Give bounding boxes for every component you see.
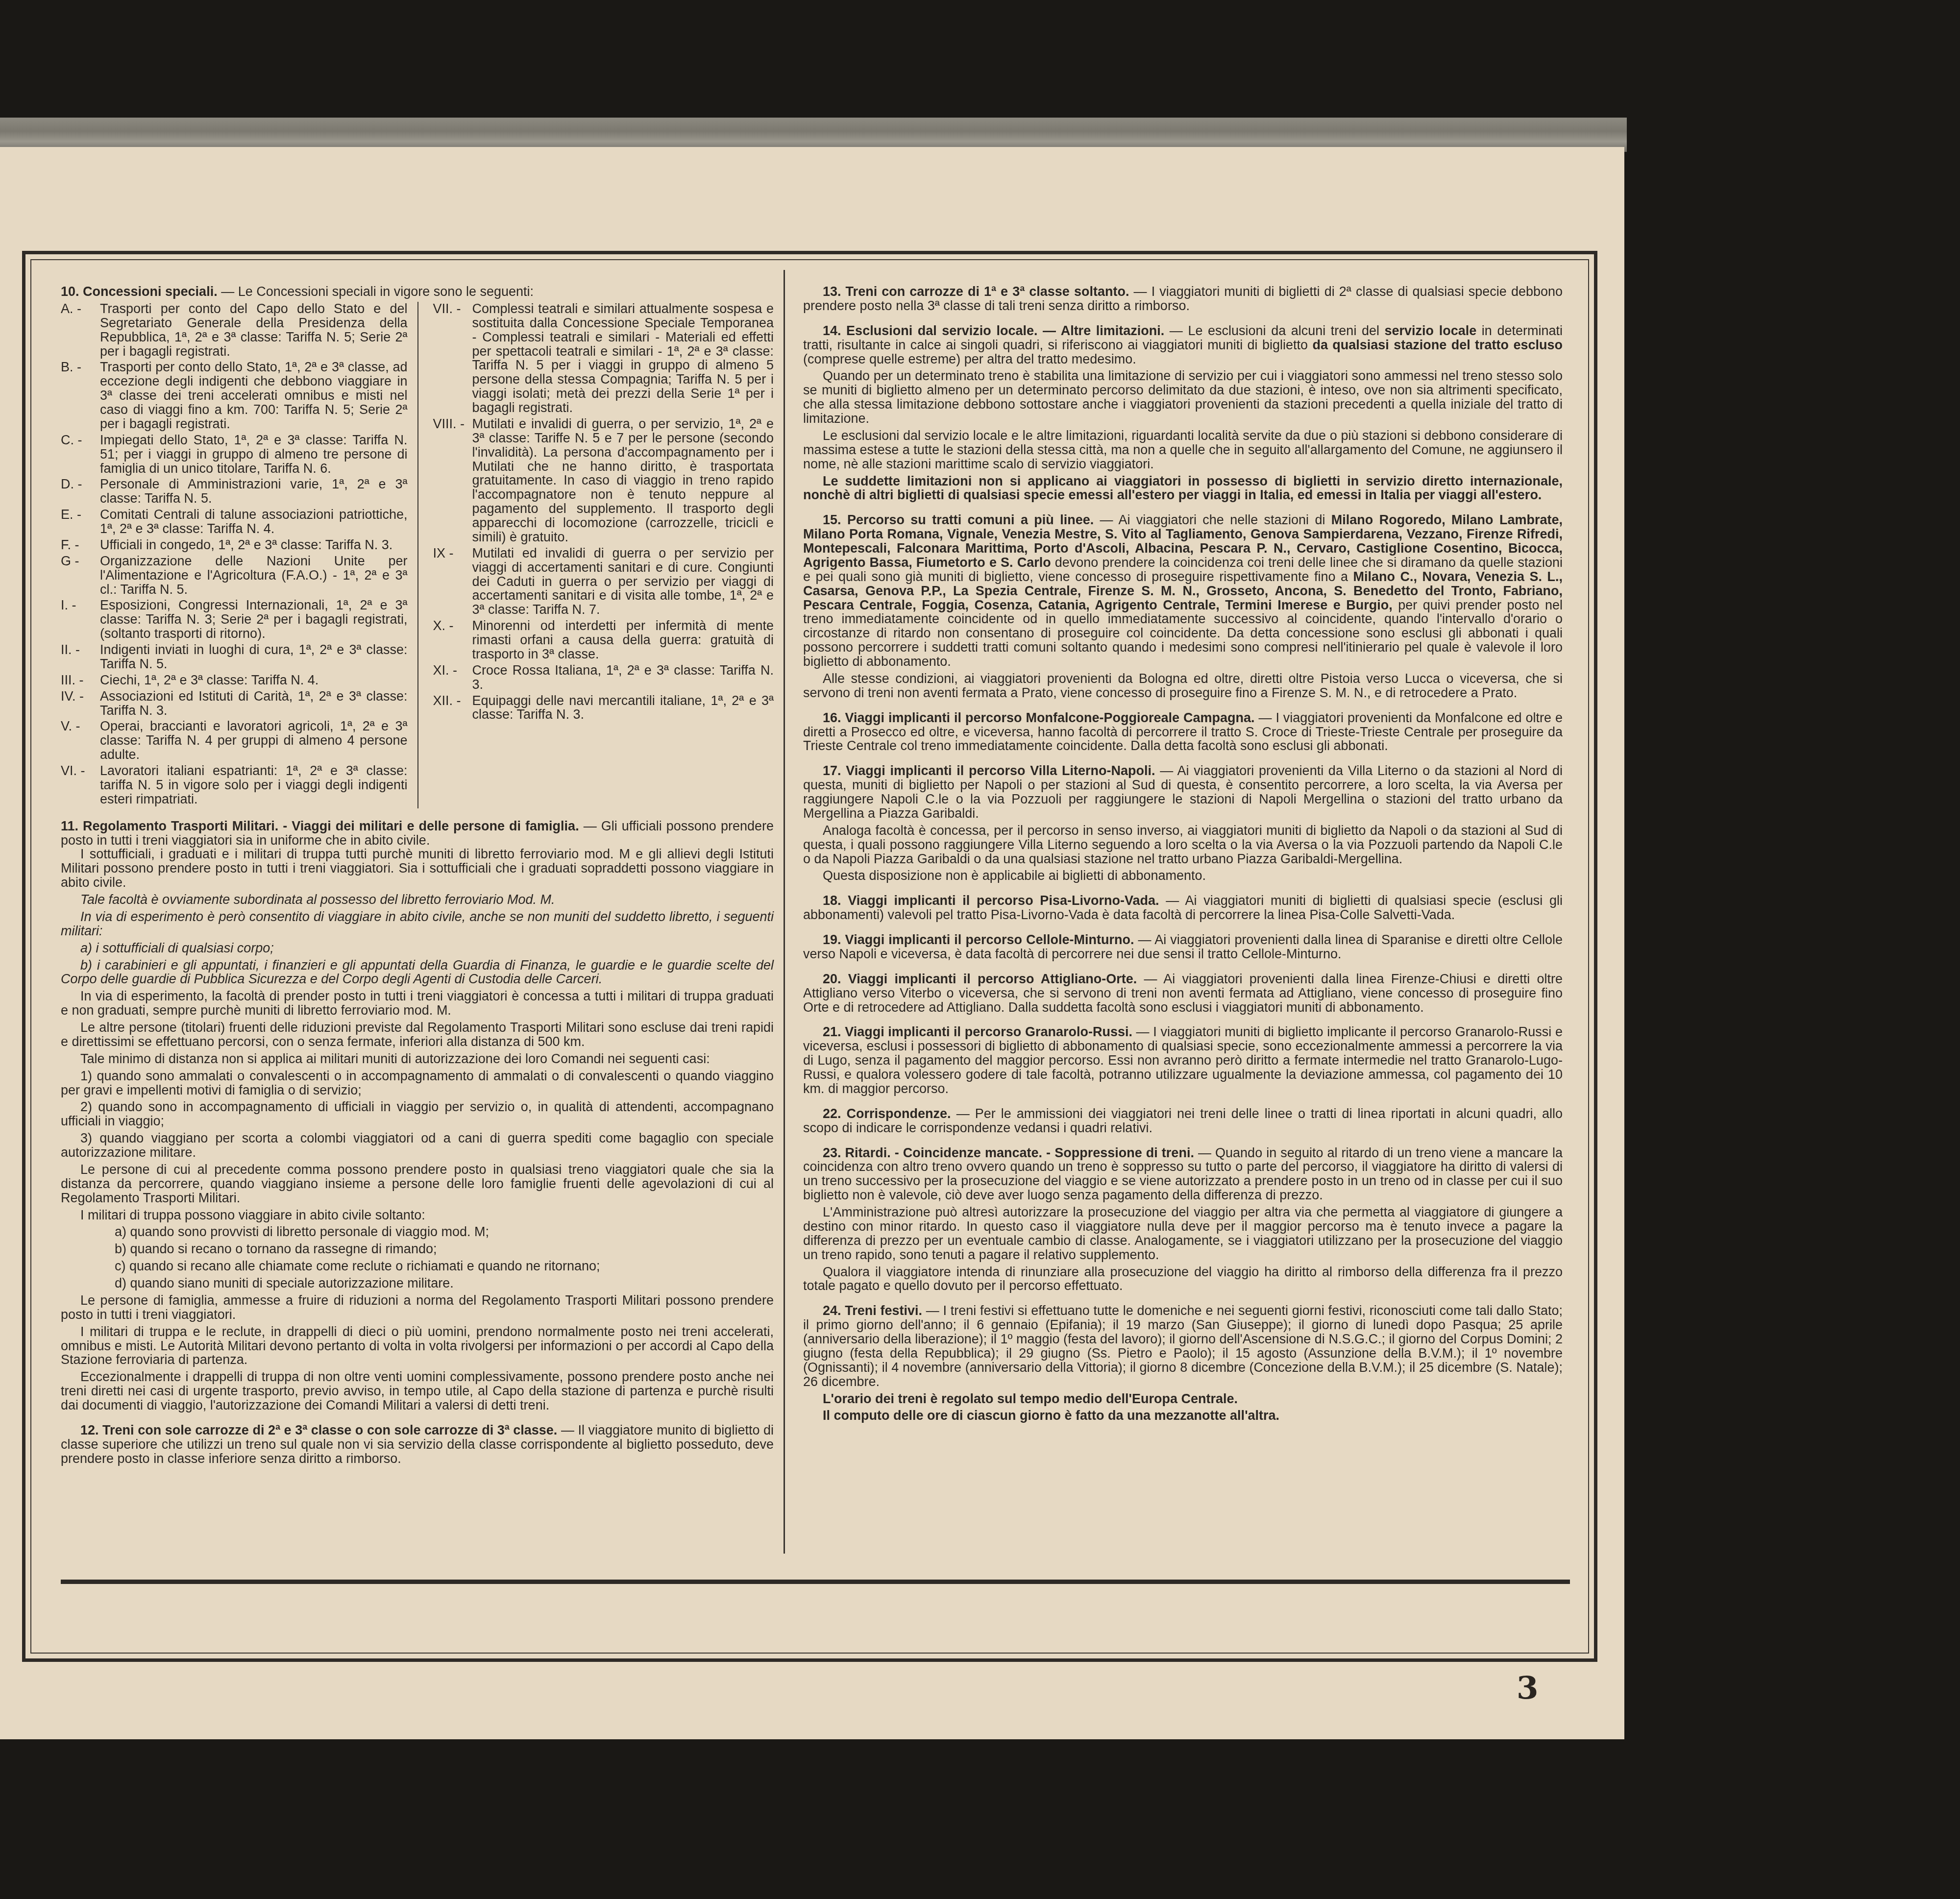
item-key: I. - bbox=[61, 598, 100, 641]
concession-item: VI. -Lavoratori italiani espatrianti: 1ª… bbox=[61, 764, 408, 806]
paragraph: b) i carabinieri e gli appuntati, i fina… bbox=[61, 958, 774, 987]
concession-item: XII. -Equipaggi delle navi mercantili it… bbox=[433, 694, 774, 722]
paragraph: In via di esperimento, la facoltà di pre… bbox=[61, 989, 774, 1018]
paragraph: 1) quando sono ammalati o convalescenti … bbox=[61, 1069, 774, 1097]
concession-item: D. -Personale di Amministrazioni varie, … bbox=[61, 477, 408, 506]
item-text: Operai, braccianti e lavoratori agricoli… bbox=[100, 719, 408, 762]
section-title: 19. Viaggi implicanti il percorso Cellol… bbox=[823, 932, 1134, 947]
concessions-right: VII. -Complessi teatrali e similari attu… bbox=[417, 302, 774, 808]
concession-item: X. -Minorenni od interdetti per infermit… bbox=[433, 619, 774, 661]
item-key: VII. - bbox=[433, 302, 472, 415]
text-bold: da qualsiasi stazione del tratto escluso bbox=[1312, 338, 1563, 352]
item-text: Trasporti per conto dello Stato, 1ª, 2ª … bbox=[100, 360, 408, 431]
item-key: V. - bbox=[61, 719, 100, 762]
concessions-table: A. -Trasporti per conto del Capo dello S… bbox=[61, 302, 774, 808]
item-text: Mutilati ed invalidi di guerra o per ser… bbox=[472, 546, 774, 617]
item-text: Ciechi, 1ª, 2ª e 3ª classe: Tariffa N. 4… bbox=[100, 673, 408, 687]
item-text: Comitati Centrali di talune associazioni… bbox=[100, 508, 408, 536]
item-text: Complessi teatrali e similari attualment… bbox=[472, 302, 774, 415]
item-key: XII. - bbox=[433, 694, 472, 722]
paragraph: Le persone di famiglia, ammesse a fruire… bbox=[61, 1293, 774, 1322]
concession-item: I. -Esposizioni, Congressi Internazional… bbox=[61, 598, 408, 641]
page-frame: 10. Concessioni speciali. — Le Concessio… bbox=[22, 251, 1597, 1662]
section-title: 17. Viaggi implicanti il percorso Villa … bbox=[823, 763, 1155, 778]
section-23: 23. Ritardi. - Coincidenze mancate. - So… bbox=[803, 1146, 1563, 1293]
concession-item: B. -Trasporti per conto dello Stato, 1ª,… bbox=[61, 360, 408, 431]
section-24: 24. Treni festivi. — I treni festivi si … bbox=[803, 1304, 1563, 1423]
section-21: 21. Viaggi implicanti il percorso Granar… bbox=[803, 1025, 1563, 1096]
section-title: 15. Percorso su tratti comuni a più line… bbox=[823, 512, 1094, 527]
section-13: 13. Treni con carrozze di 1ª e 3ª classe… bbox=[803, 285, 1563, 313]
paragraph: 3) quando viaggiano per scorta a colombi… bbox=[61, 1131, 774, 1160]
concession-item: G -Organizzazione delle Nazioni Unite pe… bbox=[61, 554, 408, 597]
list-item: d) quando siano muniti di speciale autor… bbox=[61, 1276, 774, 1290]
item-text: Impiegati dello Stato, 1ª, 2ª e 3ª class… bbox=[100, 433, 408, 476]
paragraph: I militari di truppa possono viaggiare i… bbox=[61, 1208, 774, 1222]
concession-item: III. -Ciechi, 1ª, 2ª e 3ª classe: Tariff… bbox=[61, 673, 408, 687]
paragraph: 2) quando sono in accompagnamento di uff… bbox=[61, 1100, 774, 1128]
list-item: a) quando sono provvisti di libretto per… bbox=[61, 1225, 774, 1239]
concession-item: II. -Indigenti inviati in luoghi di cura… bbox=[61, 643, 408, 671]
paragraph-bold: Le suddette limitazioni non si applicano… bbox=[803, 474, 1563, 503]
section-title: 24. Treni festivi. bbox=[823, 1303, 922, 1318]
item-key: F. - bbox=[61, 538, 100, 552]
paragraph: Analoga facoltà è concessa, per il perco… bbox=[803, 824, 1563, 866]
section-17: 17. Viaggi implicanti il percorso Villa … bbox=[803, 764, 1563, 883]
concession-item: IV. -Associazioni ed Istituti di Carità,… bbox=[61, 689, 408, 718]
section-title: 16. Viaggi implicanti il percorso Monfal… bbox=[823, 710, 1254, 725]
item-key: XI. - bbox=[433, 663, 472, 692]
section-intro: — Le Concessioni speciali in vigore sono… bbox=[218, 284, 534, 299]
paragraph: Le esclusioni dal servizio locale e le a… bbox=[803, 429, 1563, 471]
concession-item: VIII. -Mutilati e invalidi di guerra, o … bbox=[433, 417, 774, 544]
section-title: 21. Viaggi implicanti il percorso Granar… bbox=[823, 1024, 1132, 1039]
item-key: E. - bbox=[61, 508, 100, 536]
item-text: Associazioni ed Istituti di Carità, 1ª, … bbox=[100, 689, 408, 718]
paragraph: Alle stesse condizioni, ai viaggiatori p… bbox=[803, 672, 1563, 700]
paragraph: Questa disposizione non è applicabile ai… bbox=[803, 869, 1563, 883]
section-title: 14. Esclusioni dal servizio locale. — Al… bbox=[823, 323, 1164, 338]
left-column: 10. Concessioni speciali. — Le Concessio… bbox=[61, 285, 774, 1477]
paragraph: In via di esperimento è però consentito … bbox=[61, 910, 774, 938]
concession-item: IX -Mutilati ed invalidi di guerra o per… bbox=[433, 546, 774, 617]
item-text: Indigenti inviati in luoghi di cura, 1ª,… bbox=[100, 643, 408, 671]
paragraph: Qualora il viaggiatore intenda di rinunz… bbox=[803, 1265, 1563, 1293]
section-title: 12. Treni con sole carrozze di 2ª e 3ª c… bbox=[80, 1423, 557, 1437]
concession-item: V. -Operai, braccianti e lavoratori agri… bbox=[61, 719, 408, 762]
section-title: 20. Viaggi implicanti il percorso Attigl… bbox=[823, 972, 1137, 986]
item-text: Minorenni od interdetti per infermità di… bbox=[472, 619, 774, 661]
paragraph: I sottufficiali, i graduati e i militari… bbox=[61, 847, 774, 890]
section-22: 22. Corrispondenze. — Per le ammissioni … bbox=[803, 1107, 1563, 1135]
item-text: Esposizioni, Congressi Internazionali, 1… bbox=[100, 598, 408, 641]
item-key: VIII. - bbox=[433, 417, 472, 544]
item-text: Lavoratori italiani espatrianti: 1ª, 2ª … bbox=[100, 764, 408, 806]
concession-item: A. -Trasporti per conto del Capo dello S… bbox=[61, 302, 408, 359]
section-title: 23. Ritardi. - Coincidenze mancate. - So… bbox=[823, 1145, 1194, 1160]
item-text: Croce Rossa Italiana, 1ª, 2ª e 3ª classe… bbox=[472, 663, 774, 692]
text: — Le esclusioni da alcuni treni del bbox=[1164, 323, 1384, 338]
hours-note: Il computo delle ore di ciascun giorno è… bbox=[803, 1409, 1563, 1423]
section-19: 19. Viaggi implicanti il percorso Cellol… bbox=[803, 933, 1563, 961]
document-page: 10. Concessioni speciali. — Le Concessio… bbox=[0, 147, 1624, 1739]
item-key: II. - bbox=[61, 643, 100, 671]
text: (comprese quelle estreme) per altra del … bbox=[803, 352, 1136, 366]
text-bold: servizio locale bbox=[1385, 323, 1477, 338]
item-text: Personale di Amministrazioni varie, 1ª, … bbox=[100, 477, 408, 506]
bottom-rule bbox=[61, 1580, 1570, 1584]
item-text: Trasporti per conto del Capo dello Stato… bbox=[100, 302, 408, 359]
paragraph: Le altre persone (titolari) fruenti dell… bbox=[61, 1021, 774, 1049]
section-title: 11. Regolamento Trasporti Militari. - Vi… bbox=[61, 819, 579, 833]
section-title: 10. Concessioni speciali. bbox=[61, 284, 218, 299]
concession-item: F. -Ufficiali in congedo, 1ª, 2ª e 3ª cl… bbox=[61, 538, 408, 552]
section-title: 13. Treni con carrozze di 1ª e 3ª classe… bbox=[823, 284, 1129, 299]
item-key: C. - bbox=[61, 433, 100, 476]
list-item: c) quando si recano alle chiamate come r… bbox=[61, 1259, 774, 1273]
item-text: Organizzazione delle Nazioni Unite per l… bbox=[100, 554, 408, 597]
item-key: B. - bbox=[61, 360, 100, 431]
page-number: 3 bbox=[1517, 1670, 1539, 1706]
item-key: IX - bbox=[433, 546, 472, 617]
paragraph: Tale facoltà è ovviamente subordinata al… bbox=[61, 893, 774, 907]
item-key: VI. - bbox=[61, 764, 100, 806]
item-text: Mutilati e invalidi di guerra, o per ser… bbox=[472, 417, 774, 544]
section-12: 12. Treni con sole carrozze di 2ª e 3ª c… bbox=[61, 1423, 774, 1466]
section-15: 15. Percorso su tratti comuni a più line… bbox=[803, 513, 1563, 700]
list-item: b) quando si recano o tornano da rassegn… bbox=[61, 1242, 774, 1256]
page-frame-inner: 10. Concessioni speciali. — Le Concessio… bbox=[30, 259, 1589, 1654]
item-key: III. - bbox=[61, 673, 100, 687]
item-key: D. - bbox=[61, 477, 100, 506]
paragraph: a) i sottufficiali di qualsiasi corpo; bbox=[61, 941, 774, 955]
item-text: Equipaggi delle navi mercantili italiane… bbox=[472, 694, 774, 722]
item-text: Ufficiali in congedo, 1ª, 2ª e 3ª classe… bbox=[100, 538, 408, 552]
section-title: 22. Corrispondenze. bbox=[823, 1106, 951, 1121]
right-column: 13. Treni con carrozze di 1ª e 3ª classe… bbox=[793, 285, 1563, 1434]
section-16: 16. Viaggi implicanti il percorso Monfal… bbox=[803, 711, 1563, 754]
paragraph: I militari di truppa e le reclute, in dr… bbox=[61, 1325, 774, 1367]
item-key: X. - bbox=[433, 619, 472, 661]
item-key: G - bbox=[61, 554, 100, 597]
section-18: 18. Viaggi implicanti il percorso Pisa-L… bbox=[803, 894, 1563, 922]
section-11: 11. Regolamento Trasporti Militari. - Vi… bbox=[61, 819, 774, 1412]
concessions-left: A. -Trasporti per conto del Capo dello S… bbox=[61, 302, 417, 808]
concession-item: C. -Impiegati dello Stato, 1ª, 2ª e 3ª c… bbox=[61, 433, 408, 476]
section-10: 10. Concessioni speciali. — Le Concessio… bbox=[61, 285, 774, 808]
paragraph: Quando per un determinato treno è stabil… bbox=[803, 369, 1563, 426]
section-title: 18. Viaggi implicanti il percorso Pisa-L… bbox=[823, 893, 1159, 908]
paragraph: Tale minimo di distanza non si applica a… bbox=[61, 1052, 774, 1066]
item-key: IV. - bbox=[61, 689, 100, 718]
concession-item: E. -Comitati Centrali di talune associaz… bbox=[61, 508, 408, 536]
paragraph: Le persone di cui al precedente comma po… bbox=[61, 1163, 774, 1205]
paragraph: Eccezionalmente i drappelli di truppa di… bbox=[61, 1370, 774, 1412]
item-key: A. - bbox=[61, 302, 100, 359]
concession-item: XI. -Croce Rossa Italiana, 1ª, 2ª e 3ª c… bbox=[433, 663, 774, 692]
section-14: 14. Esclusioni dal servizio locale. — Al… bbox=[803, 324, 1563, 503]
text: — Ai viaggiatori che nelle stazioni di bbox=[1094, 512, 1331, 527]
concession-item: VII. -Complessi teatrali e similari attu… bbox=[433, 302, 774, 415]
timezone-note: L'orario dei treni è regolato sul tempo … bbox=[803, 1392, 1563, 1406]
section-20: 20. Viaggi implicanti il percorso Attigl… bbox=[803, 972, 1563, 1015]
column-divider bbox=[784, 270, 785, 1554]
paragraph: L'Amministrazione può altresì autorizzar… bbox=[803, 1205, 1563, 1262]
